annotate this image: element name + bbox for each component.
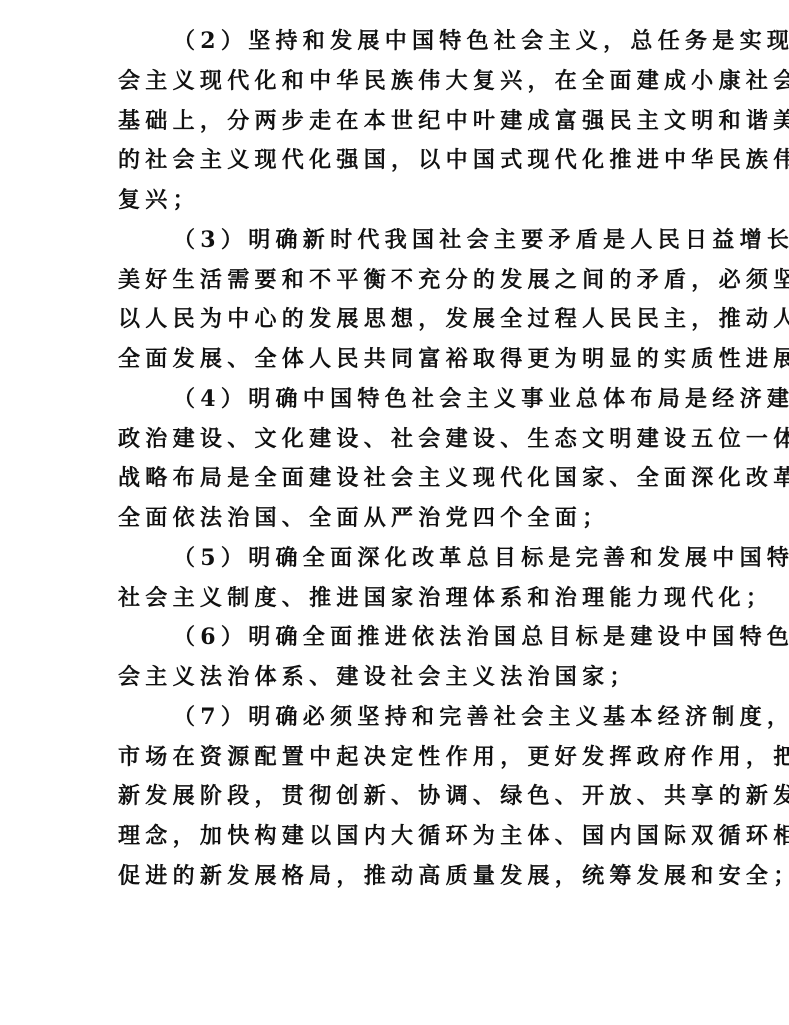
text-line: （2）坚持和发展中国特色社会主义，总任务是实现社 [118,22,670,62]
text-line: 促进的新发展格局，推动高质量发展，统筹发展和安全； [118,857,670,897]
text-line: 复兴； [118,181,670,221]
text-line: 全面发展、全体人民共同富裕取得更为明显的实质性进展； [118,340,670,380]
paragraph-6: （6）明确全面推进依法治国总目标是建设中国特色社 会主义法治体系、建设社会主义法… [118,618,670,698]
text-line: 社会主义制度、推进国家治理体系和治理能力现代化； [118,579,670,619]
paragraph-4: （4）明确中国特色社会主义事业总体布局是经济建设、 政治建设、文化建设、社会建设… [118,380,670,539]
paragraph-7: （7）明确必须坚持和完善社会主义基本经济制度，使 市场在资源配置中起决定性作用，… [118,698,670,897]
text-line: 全面依法治国、全面从严治党四个全面； [118,499,670,539]
text-line: 会主义现代化和中华民族伟大复兴，在全面建成小康社会的 [118,62,670,102]
text-line: （6）明确全面推进依法治国总目标是建设中国特色社 [118,618,670,658]
text-line: （5）明确全面深化改革总目标是完善和发展中国特色 [118,539,670,579]
text-line: （7）明确必须坚持和完善社会主义基本经济制度，使 [118,698,670,738]
paragraph-2: （2）坚持和发展中国特色社会主义，总任务是实现社 会主义现代化和中华民族伟大复兴… [118,22,670,221]
text-line: （3）明确新时代我国社会主要矛盾是人民日益增长的 [118,221,670,261]
text-line: 新发展阶段，贯彻创新、协调、绿色、开放、共享的新发展 [118,777,670,817]
text-line: 理念，加快构建以国内大循环为主体、国内国际双循环相互 [118,817,670,857]
paragraph-5: （5）明确全面深化改革总目标是完善和发展中国特色 社会主义制度、推进国家治理体系… [118,539,670,619]
document-page: （2）坚持和发展中国特色社会主义，总任务是实现社 会主义现代化和中华民族伟大复兴… [118,22,670,897]
text-line: 战略布局是全面建设社会主义现代化国家、全面深化改革、 [118,459,670,499]
text-line: 市场在资源配置中起决定性作用，更好发挥政府作用，把握 [118,738,670,778]
text-line: 的社会主义现代化强国，以中国式现代化推进中华民族伟大 [118,141,670,181]
text-line: （4）明确中国特色社会主义事业总体布局是经济建设、 [118,380,670,420]
text-line: 会主义法治体系、建设社会主义法治国家； [118,658,670,698]
text-line: 以人民为中心的发展思想，发展全过程人民民主，推动人的 [118,300,670,340]
text-line: 美好生活需要和不平衡不充分的发展之间的矛盾，必须坚持 [118,261,670,301]
text-line: 政治建设、文化建设、社会建设、生态文明建设五位一体， [118,420,670,460]
text-line: 基础上，分两步走在本世纪中叶建成富强民主文明和谐美丽 [118,102,670,142]
paragraph-3: （3）明确新时代我国社会主要矛盾是人民日益增长的 美好生活需要和不平衡不充分的发… [118,221,670,380]
